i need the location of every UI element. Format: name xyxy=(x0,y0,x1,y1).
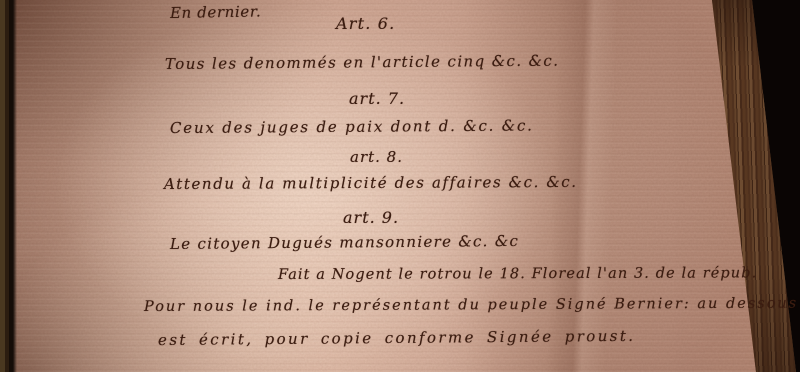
article-7-text: Ceux des juges de paix dont d. &c. &c. xyxy=(170,116,534,137)
opening-words: En dernier. xyxy=(170,2,262,22)
article-8-text: Attendu à la multiplicité des affaires &… xyxy=(164,173,578,193)
article-7-heading: art. 7. xyxy=(349,89,405,108)
article-9-heading: art. 9. xyxy=(343,208,399,227)
article-9-text: Le citoyen Dugués mansonniere &c. &c xyxy=(170,232,519,253)
dateline: Fait a Nogent le rotrou le 18. Floreal l… xyxy=(278,265,757,283)
article-6-heading: Art. 6. xyxy=(336,14,395,33)
article-8-heading: art. 8. xyxy=(350,148,403,166)
signature-line: Pour nous le ind. le représentant du peu… xyxy=(144,296,798,315)
binding-gutter-edge xyxy=(0,0,17,372)
photograph: En dernier. Art. 6. Tous les denommés en… xyxy=(0,0,800,372)
article-6-text: Tous les denommés en l'article cinq &c. … xyxy=(165,52,560,73)
